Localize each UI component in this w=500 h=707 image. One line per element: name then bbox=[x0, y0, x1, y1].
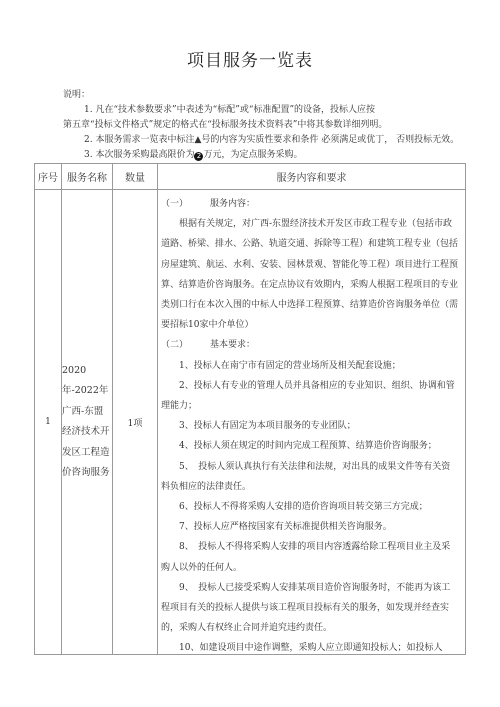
section-1-text: 根据有关规定，对广西-东盟经济技术开发区市政工程专业（包括市政道路、桥梁、排水、… bbox=[161, 214, 459, 335]
requirement-8: 8、 投标人不得将采购人安排的项目内容透露给除工程项目业主及采购人以外的任何人。 bbox=[161, 537, 459, 577]
service-table: 序号 服务名称 数量 服务内容和要求 1 2020 年-2022年广西-东盟经济… bbox=[34, 163, 466, 655]
table-header-row: 序号 服务名称 数量 服务内容和要求 bbox=[35, 164, 466, 190]
table-row: 1 2020 年-2022年广西-东盟经济技术开发区工程造价咨询服务 1项 （一… bbox=[35, 190, 466, 655]
section-2-heading: （二）基本要求： bbox=[161, 335, 459, 355]
header-quantity: 数量 bbox=[113, 164, 158, 190]
requirement-1: 1、投标人在南宁市有固定的营业场所及相关配套设施； bbox=[161, 356, 459, 376]
section-1-heading: （一）服务内容： bbox=[161, 194, 459, 214]
cell-content: （一）服务内容： 根据有关规定，对广西-东盟经济技术开发区市政工程专业（包括市政… bbox=[158, 190, 466, 655]
requirement-3: 3、投标人有固定为本项目服务的专业团队； bbox=[161, 416, 459, 436]
note-item-1-cont: 第五章“投标文件格式”规定的格式在“投标服务技术资料表”中将其参数详细列明。 bbox=[63, 118, 473, 133]
header-index: 序号 bbox=[35, 164, 62, 190]
requirement-2: 2、投标人有专业的管理人员并具备相应的专业知识、组织、协调和管理能力； bbox=[161, 376, 459, 416]
page-title: 项目服务一览表 bbox=[0, 46, 500, 71]
cell-quantity: 1项 bbox=[113, 190, 158, 655]
requirement-7: 7、投标人应严格按国家有关标准提供相关咨询服务。 bbox=[161, 517, 459, 537]
requirement-9: 9、 投标人已接受采购人安排某项目造价咨询服务时，不能再为该工程项目有关的投标人… bbox=[161, 578, 459, 639]
note-item-3-suffix: 万元，为定点服务采购。 bbox=[203, 150, 302, 160]
header-content: 服务内容和要求 bbox=[158, 164, 466, 190]
notes-label: 说明： bbox=[63, 88, 473, 103]
note-item-1: 1. 凡在“技术参数要求”中表述为“标配”或“标准配置”的设备，投标人应按 bbox=[63, 103, 473, 118]
header-service-name: 服务名称 bbox=[62, 164, 113, 190]
note-item-3-prefix: 3. 本次服务采购最高限价为 bbox=[84, 150, 194, 160]
requirement-5: 5、 投标人须认真执行有关法律和法规，对出具的成果文件等有关资料负相应的法律责任… bbox=[161, 457, 459, 497]
requirement-6: 6、投标人不得将采购人安排的造价咨询项目转交第三方完成； bbox=[161, 497, 459, 517]
requirement-10: 10、如建设项目中途作调整，采购人应立即通知投标人；如投标人 bbox=[161, 638, 459, 654]
notes-section: 说明： 1. 凡在“技术参数要求”中表述为“标配”或“标准配置”的设备，投标人应… bbox=[63, 88, 473, 163]
note-item-3: 3. 本次服务采购最高限价为2万元，为定点服务采购。 bbox=[63, 148, 473, 163]
cell-index: 1 bbox=[35, 190, 62, 655]
cell-service-name: 2020 年-2022年广西-东盟经济技术开发区工程造价咨询服务 bbox=[62, 190, 113, 655]
note-item-2: 2. 本服务需求一览表中标注▲号的内容为实质性要求和条件 必须满足或优丁， 否则… bbox=[63, 133, 473, 148]
section-2-label: （二） bbox=[161, 340, 188, 350]
requirement-4: 4、投标人须在规定的时间内完成工程预算、结算造价咨询服务； bbox=[161, 436, 459, 456]
section-1-label: （一） bbox=[161, 199, 188, 209]
section-1-title: 服务内容： bbox=[210, 199, 255, 209]
section-2-title: 基本要求： bbox=[210, 340, 255, 350]
